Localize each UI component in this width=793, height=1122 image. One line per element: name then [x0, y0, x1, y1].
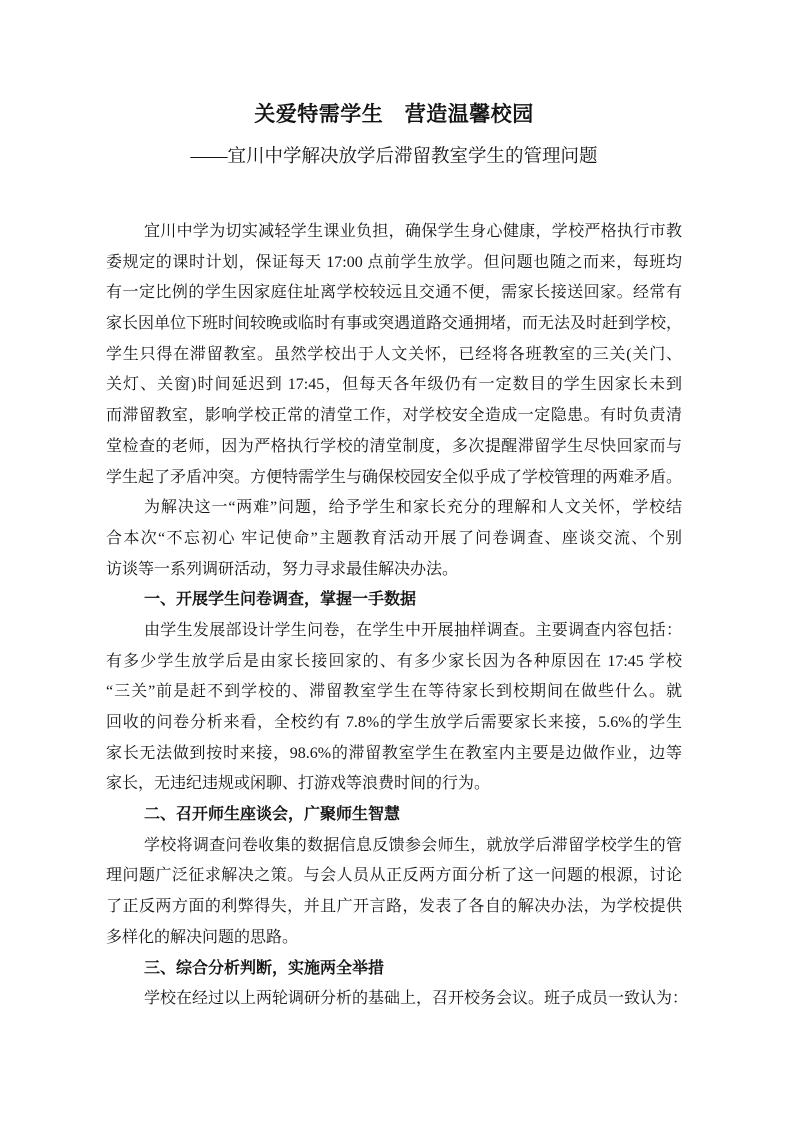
paragraph: 学校在经过以上两轮调研分析的基础上，召开校务会议。班子成员一致认为：	[106, 984, 682, 1015]
text-line: 回收的问卷分析来看，全校约有 7.8%的学生放学后需要家长来接，5.6%的学生	[106, 708, 682, 739]
text-line: 家长无法做到按时来接，98.6%的滞留教室学生在教室内主要是边做作业，边等	[106, 739, 682, 770]
text-line: 关灯、关窗)时间延迟到 17:45，但每天各年级仍有一定数目的学生因家长未到	[106, 370, 682, 401]
text-line: 宜川中学为切实减轻学生课业负担，确保学生身心健康，学校严格执行市教	[106, 217, 682, 248]
text-line: 委规定的课时计划，保证每天 17:00 点前学生放学。但问题也随之而来，每班均	[106, 248, 682, 279]
document-page: 关爱特需学生 营造温馨校园 ——宜川中学解决放学后滞留教室学生的管理问题 宜川中…	[0, 0, 793, 1122]
text-line: 有多少学生放学后是由家长接回家的、有多少家长因为各种原因在 17:45 学校	[106, 647, 682, 678]
text-line: 一、开展学生问卷调查，掌握一手数据	[106, 585, 682, 616]
text-line: 多样化的解决问题的思路。	[106, 923, 682, 954]
text-line: “三关”前是赶不到学校的、滞留教室学生在等待家长到校期间在做些什么。就	[106, 677, 682, 708]
section-heading: 三、综合分析判断，实施两全举措	[106, 954, 682, 985]
text-line: 学校在经过以上两轮调研分析的基础上，召开校务会议。班子成员一致认为：	[106, 984, 682, 1015]
document-body: 宜川中学为切实减轻学生课业负担，确保学生身心健康，学校严格执行市教委规定的课时计…	[106, 217, 682, 1015]
text-line: 二、召开师生座谈会，广聚师生智慧	[106, 800, 682, 831]
text-line: 学校将调查问卷收集的数据信息反馈参会师生，就放学后滞留学校学生的管	[106, 831, 682, 862]
text-line: 访谈等一系列调研活动，努力寻求最佳解决办法。	[106, 555, 682, 586]
section-heading: 二、召开师生座谈会，广聚师生智慧	[106, 800, 682, 831]
text-line: 为解决这一“两难”问题，给予学生和家长充分的理解和人文关怀，学校结	[106, 493, 682, 524]
document-title: 关爱特需学生 营造温馨校园	[106, 101, 682, 128]
text-line: 家长因单位下班时间较晚或临时有事或突遇道路交通拥堵，而无法及时赶到学校，	[106, 309, 682, 340]
text-line: 家长，无违纪违规或闲聊、打游戏等浪费时间的行为。	[106, 769, 682, 800]
text-line: 学生起了矛盾冲突。方便特需学生与确保校园安全似乎成了学校管理的两难矛盾。	[106, 463, 682, 494]
text-line: 了正反两方面的利弊得失，并且广开言路，发表了各自的解决办法，为学校提供	[106, 892, 682, 923]
text-line: 由学生发展部设计学生问卷，在学生中开展抽样调查。主要调查内容包括：	[106, 616, 682, 647]
text-line: 堂检查的老师，因为严格执行学校的清堂制度，多次提醒滞留学生尽快回家而与	[106, 432, 682, 463]
text-line: 有一定比例的学生因家庭住址离学校较远且交通不便，需家长接送回家。经常有	[106, 278, 682, 309]
text-line: 合本次“不忘初心 牢记使命”主题教育活动开展了问卷调查、座谈交流、个别	[106, 524, 682, 555]
document-subtitle: ——宜川中学解决放学后滞留教室学生的管理问题	[106, 145, 682, 169]
paragraph: 为解决这一“两难”问题，给予学生和家长充分的理解和人文关怀，学校结合本次“不忘初…	[106, 493, 682, 585]
text-line: 三、综合分析判断，实施两全举措	[106, 954, 682, 985]
paragraph: 由学生发展部设计学生问卷，在学生中开展抽样调查。主要调查内容包括：有多少学生放学…	[106, 616, 682, 800]
text-line: 理问题广泛征求解决之策。与会人员从正反两方面分析了这一问题的根源，讨论	[106, 861, 682, 892]
text-line: 而滞留教室，影响学校正常的清堂工作，对学校安全造成一定隐患。有时负责清	[106, 401, 682, 432]
document-column: 关爱特需学生 营造温馨校园 ——宜川中学解决放学后滞留教室学生的管理问题 宜川中…	[106, 0, 682, 1015]
paragraph: 宜川中学为切实减轻学生课业负担，确保学生身心健康，学校严格执行市教委规定的课时计…	[106, 217, 682, 493]
text-line: 学生只得在滞留教室。虽然学校出于人文关怀，已经将各班教室的三关(关门、	[106, 340, 682, 371]
section-heading: 一、开展学生问卷调查，掌握一手数据	[106, 585, 682, 616]
paragraph: 学校将调查问卷收集的数据信息反馈参会师生，就放学后滞留学校学生的管理问题广泛征求…	[106, 831, 682, 954]
